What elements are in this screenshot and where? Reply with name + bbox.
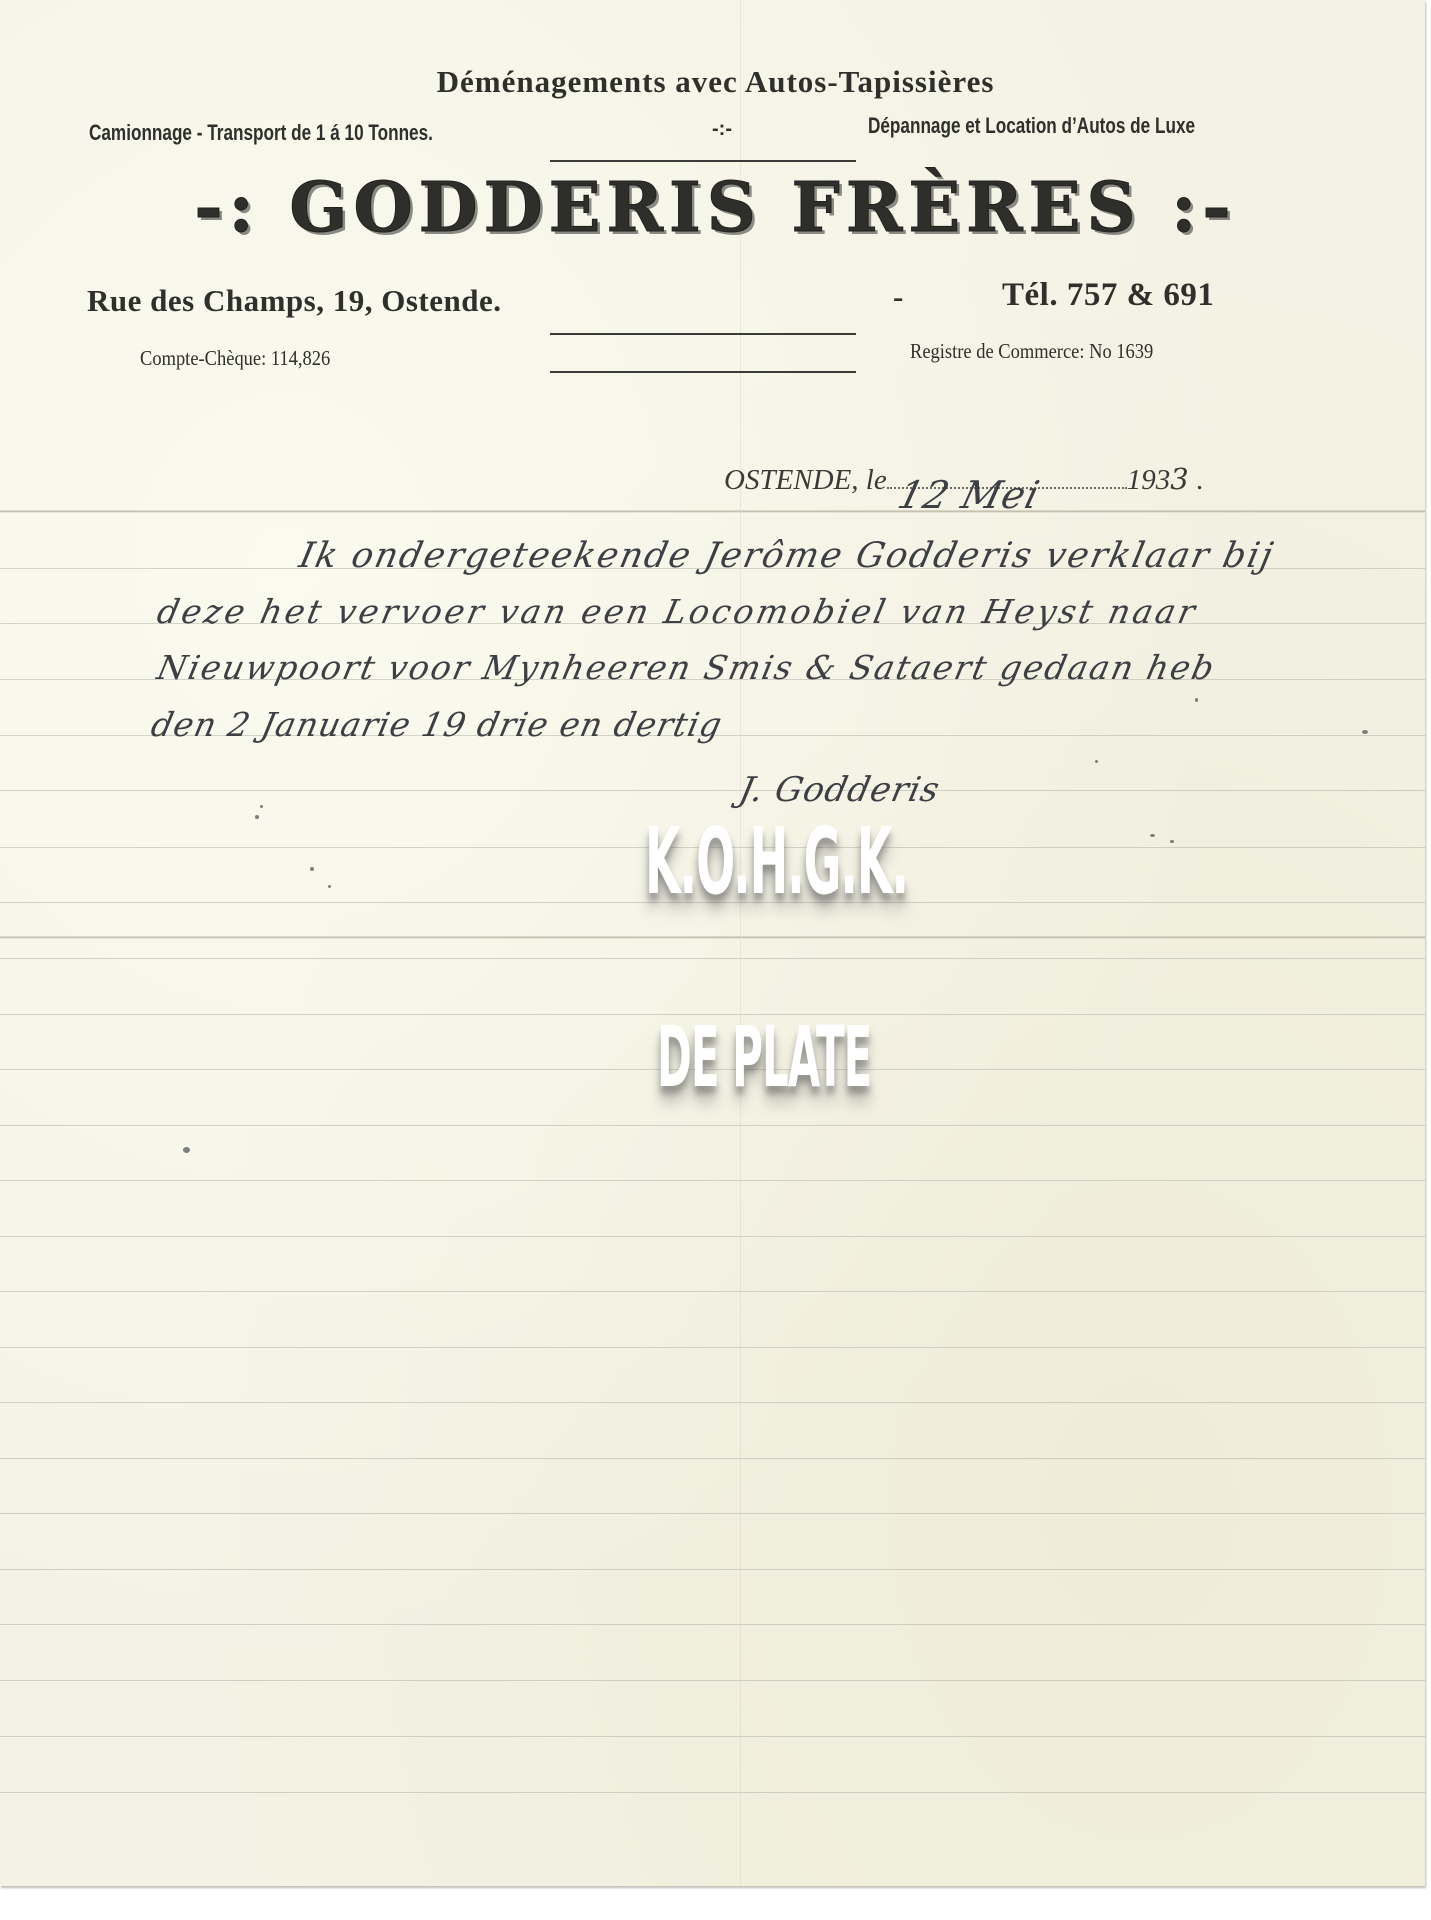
letterhead-separator: -:- — [712, 118, 732, 141]
date-dotted-field: 12 Mei — [887, 487, 1127, 489]
date-year-handwritten: 3 — [1170, 462, 1188, 496]
header-rule-1 — [550, 160, 856, 162]
letterhead-service-right: Dépannage et Location d’Autos de Luxe — [868, 113, 1195, 139]
date-city-prefix: OSTENDE, le — [724, 464, 887, 496]
watermark-kohgk: K.O.H.G.K. — [645, 808, 908, 915]
company-phone: Tél. 757 & 691 — [1002, 277, 1214, 314]
handwritten-date: 12 Mei — [893, 473, 1044, 517]
body-line-3: Nieuwpoort voor Mynheeren Smis & Sataert… — [154, 648, 1220, 687]
date-line: OSTENDE, le12 Mei1933. — [724, 462, 1204, 497]
header-rule-3 — [550, 371, 856, 373]
date-trailing: . — [1197, 464, 1204, 496]
body-line-4: den 2 Januarie 19 drie en dertig — [148, 705, 726, 744]
signature: J. Godderis — [736, 770, 944, 810]
letterhead-service-left: Camionnage - Transport de 1 á 10 Tonnes. — [89, 120, 433, 146]
company-name: -: GODDERIS FRÈRES :- — [0, 168, 1431, 248]
body-line-2: deze het vervoer van een Locomobiel van … — [154, 592, 1202, 631]
letterhead-tagline: Déménagements avec Autos-Tapissières — [0, 64, 1431, 100]
date-year-printed: 193 — [1127, 464, 1171, 496]
body-line-1: Ik ondergeteekende Jerôme Godderis verkl… — [296, 536, 1278, 576]
address-dash: - — [893, 279, 904, 315]
fold-crease-middle — [0, 936, 1425, 939]
commerce-registry: Registre de Commerce: No 1639 — [910, 339, 1153, 364]
letter-paper: Déménagements avec Autos-Tapissières Cam… — [0, 0, 1425, 1886]
fold-crease-top — [0, 510, 1425, 513]
fold-crease-vertical — [740, 0, 742, 1886]
header-rule-2 — [550, 333, 856, 335]
company-address: Rue des Champs, 19, Ostende. — [87, 283, 501, 319]
account-number: Compte-Chèque: 114,826 — [140, 346, 330, 371]
watermark-de-plate: DE PLATE — [657, 1008, 871, 1106]
